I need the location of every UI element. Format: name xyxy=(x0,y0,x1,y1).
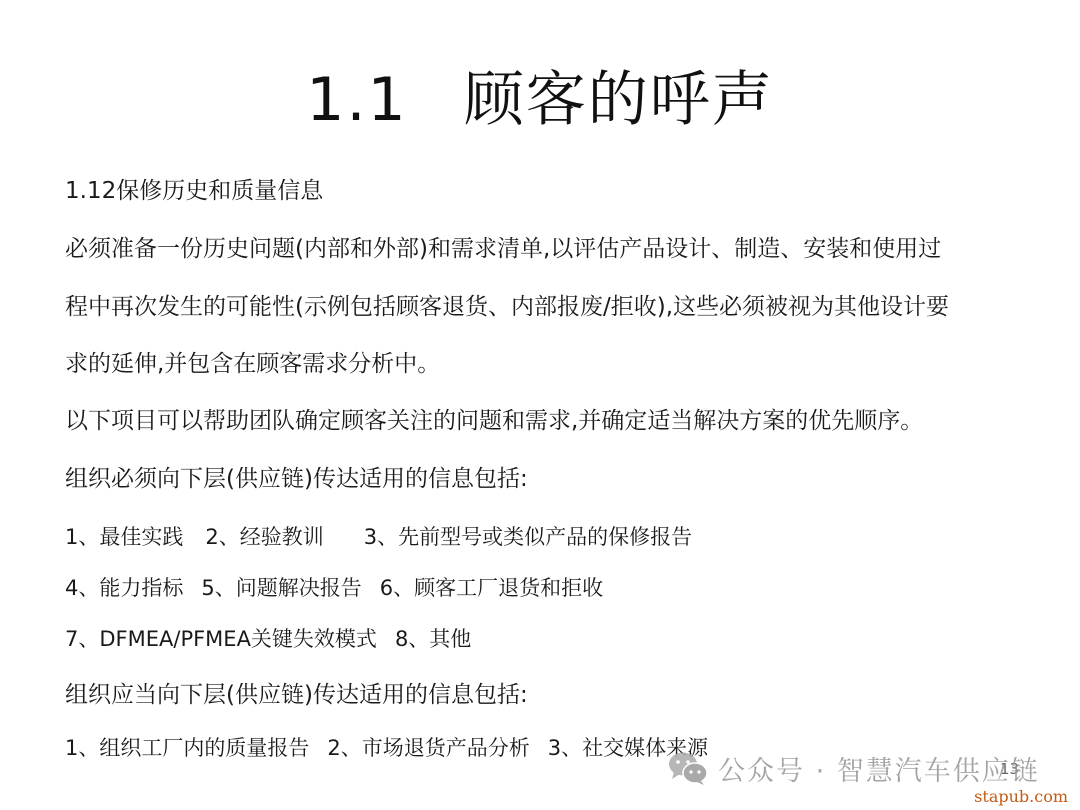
paragraph-line: 程中再次发生的可能性(示例包括顾客退货、内部报废/拒收),这些必须被视为其他设计… xyxy=(65,292,949,322)
paragraph-line: 求的延伸,并包含在顾客需求分析中。 xyxy=(65,349,440,379)
paragraph-priority: 以下项目可以帮助团队确定顾客关注的问题和需求,并确定适当解决方案的优先顺序。 xyxy=(65,406,923,436)
must-list-row: 4、能力指标5、问题解决报告6、顾客工厂退货和拒收 xyxy=(65,573,603,603)
list-item: 8、其他 xyxy=(395,624,471,654)
must-list-row: 1、最佳实践2、经验教训3、先前型号或类似产品的保修报告 xyxy=(65,522,692,552)
list-item: 2、市场退货产品分析 xyxy=(327,733,529,763)
list-item: 5、问题解决报告 xyxy=(201,573,361,603)
title-text: 顾客的呼声 xyxy=(464,65,774,135)
list-item: 6、顾客工厂退货和拒收 xyxy=(380,573,603,603)
title-number: 1.1 xyxy=(306,65,407,135)
list-item: 3、先前型号或类似产品的保修报告 xyxy=(364,522,692,552)
should-heading: 组织应当向下层(供应链)传达适用的信息包括: xyxy=(65,680,528,710)
paragraph-line: 必须准备一份历史问题(内部和外部)和需求清单,以评估产品设计、制造、安装和使用过 xyxy=(65,234,941,264)
list-item: 1、最佳实践 xyxy=(65,522,183,552)
should-list-row: 1、组织工厂内的质量报告2、市场退货产品分析3、社交媒体来源 xyxy=(65,733,708,763)
list-item: 4、能力指标 xyxy=(65,573,183,603)
list-item: 1、组织工厂内的质量报告 xyxy=(65,733,309,763)
list-item: 2、经验教训 xyxy=(205,522,323,552)
slide-title: 1.1顾客的呼声 xyxy=(0,62,1080,138)
wechat-icon xyxy=(668,751,708,785)
watermark-text: 公众号 · 智慧汽车供应链 xyxy=(718,749,1040,788)
slide: 1.1顾客的呼声 1.12保修历史和质量信息 必须准备一份历史问题(内部和外部)… xyxy=(0,0,1080,810)
site-mark: stapub.com xyxy=(974,787,1068,806)
must-list-row: 7、DFMEA/PFMEA关键失效模式8、其他 xyxy=(65,624,471,654)
must-heading: 组织必须向下层(供应链)传达适用的信息包括: xyxy=(65,464,528,494)
section-heading: 1.12保修历史和质量信息 xyxy=(65,176,323,206)
watermark: 公众号 · 智慧汽车供应链 xyxy=(668,748,1040,788)
list-item: 7、DFMEA/PFMEA关键失效模式 xyxy=(65,624,377,654)
